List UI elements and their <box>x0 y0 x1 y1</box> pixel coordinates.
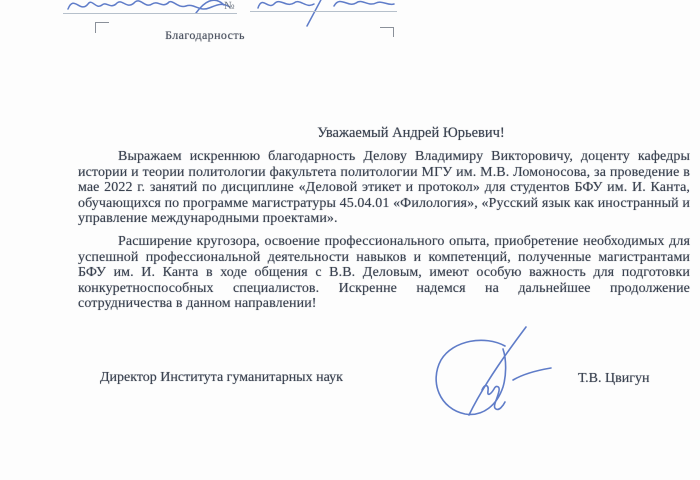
paragraph-gratitude: Выражаем искреннюю благодарность Делову … <box>78 149 690 227</box>
document-type-label: Благодарность <box>150 28 260 43</box>
signature-ink <box>425 320 565 420</box>
scanned-letter-page: № Благодарность Уважаемый Андрей Юрьевич… <box>0 0 700 480</box>
signer-position-title: Директор Института гуманитарных наук <box>100 370 343 386</box>
registration-underline-left <box>63 13 237 14</box>
registration-underline-right <box>250 11 397 12</box>
crop-mark-top-left-icon <box>95 22 109 33</box>
paragraph-cooperation: Расширение кругозора, освоение профессио… <box>78 234 690 312</box>
salutation: Уважаемый Андрей Юрьевич! <box>78 125 690 142</box>
crop-mark-top-right-icon <box>380 27 394 37</box>
letter-body: Выражаем искреннюю благодарность Делову … <box>78 149 690 312</box>
signer-name: Т.В. Цвигун <box>578 371 649 387</box>
number-sign: № <box>224 0 235 12</box>
